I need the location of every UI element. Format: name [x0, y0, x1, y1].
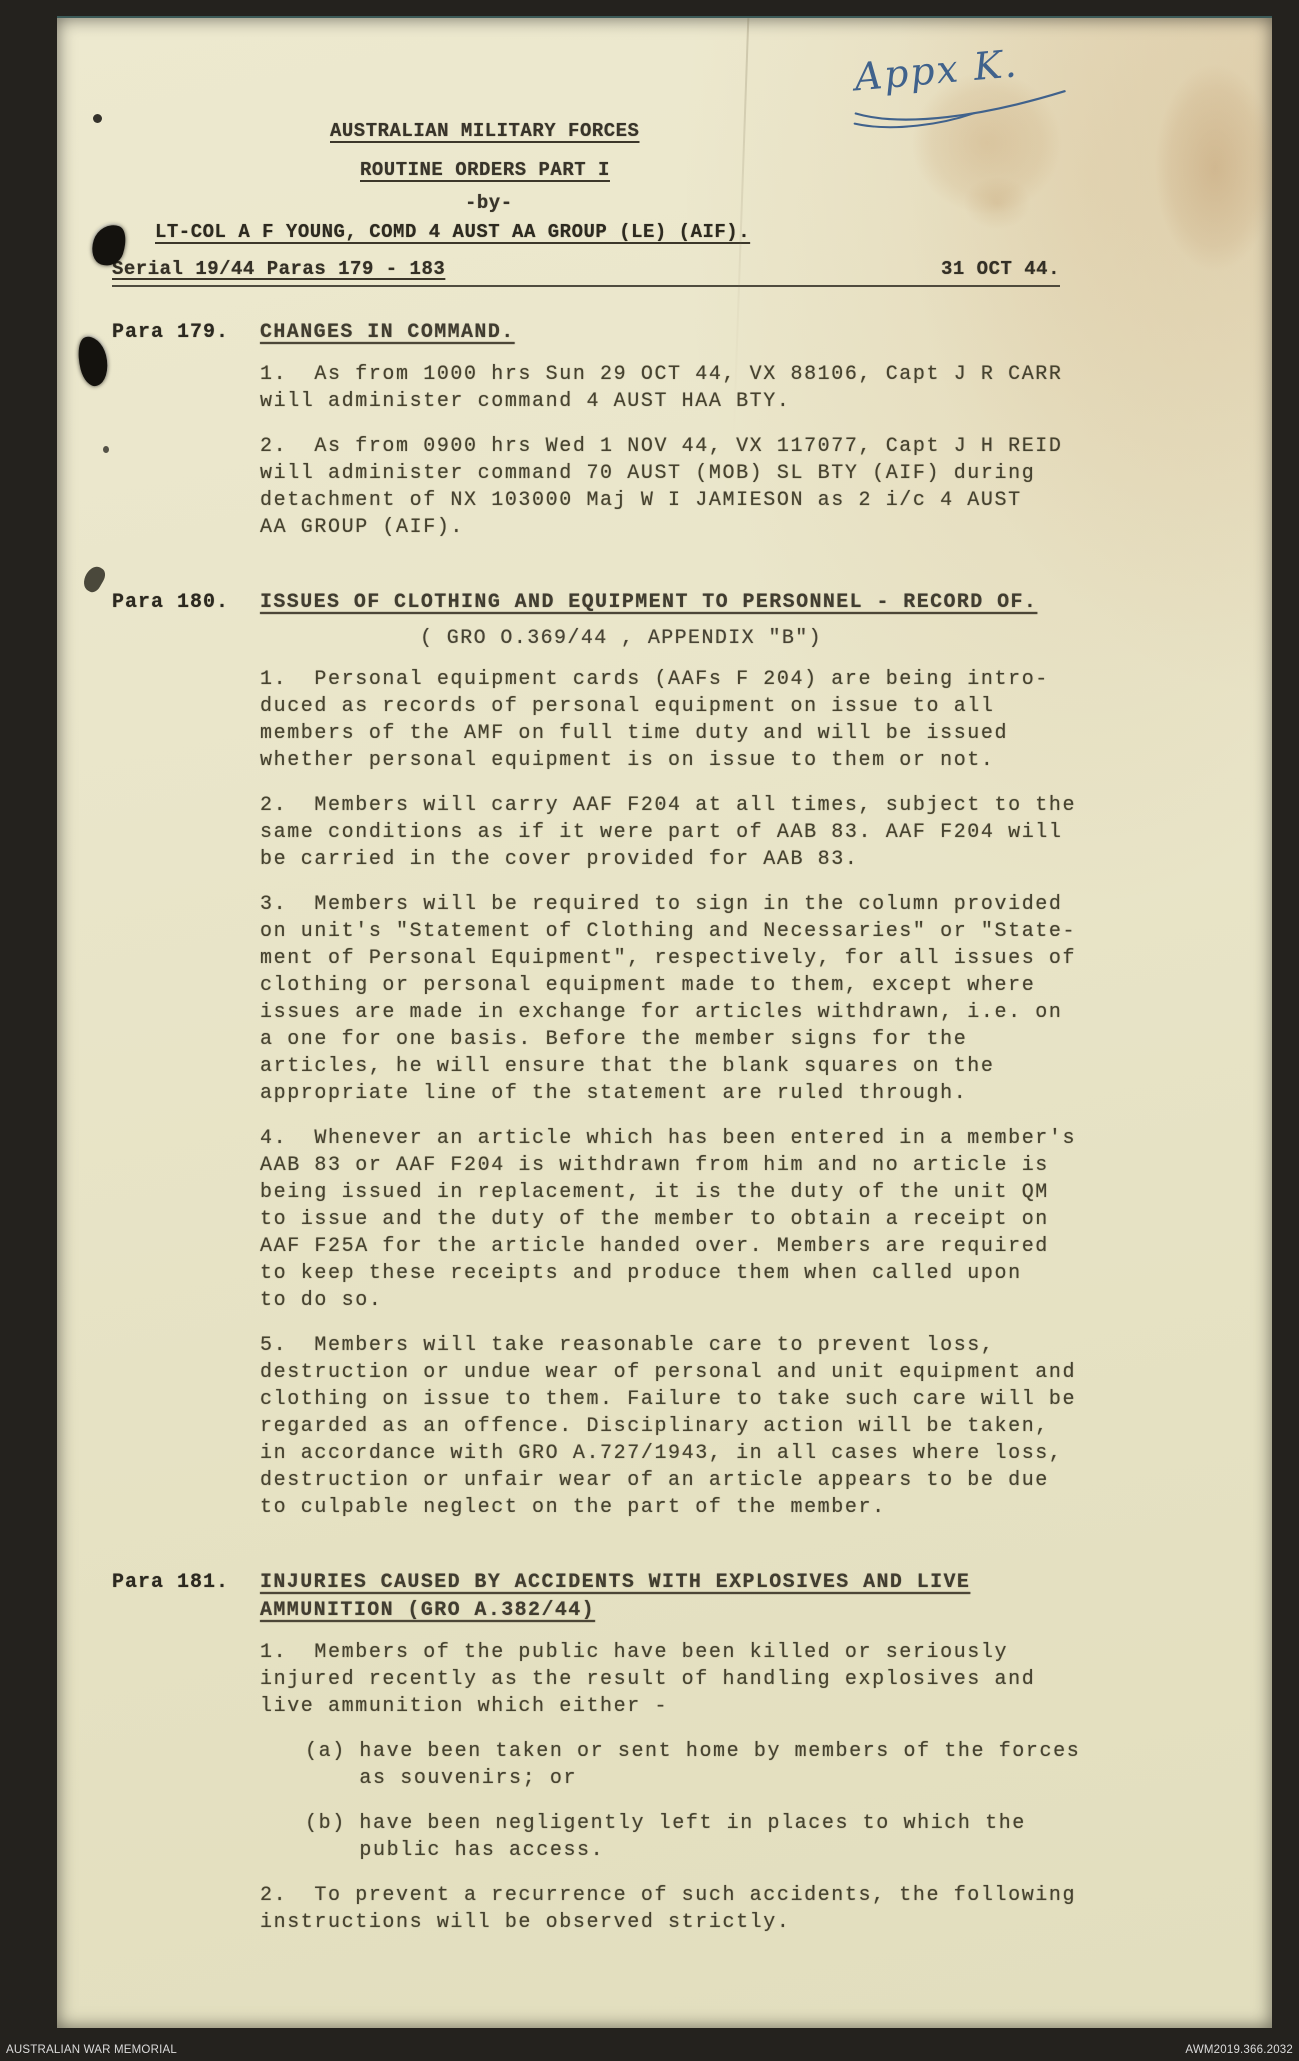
paper-hole [93, 114, 102, 123]
paragraph-number: Para 180. [112, 589, 260, 1539]
issue-date: 31 OCT 44. [941, 256, 1060, 282]
order-paragraph-item: 2. As from 0900 hrs Wed 1 NOV 44, VX 117… [260, 433, 1104, 541]
order-paragraph-item: 1. As from 1000 hrs Sun 29 OCT 44, VX 88… [260, 361, 1104, 415]
order-paragraph-item: 2. Members will carry AAF F204 at all ti… [260, 792, 1104, 873]
order-paragraph-item: 2. To prevent a recurrence of such accid… [260, 1882, 1104, 1936]
order-paragraph-item: 5. Members will take reasonable care to … [260, 1332, 1104, 1521]
paragraph-body: ISSUES OF CLOTHING AND EQUIPMENT TO PERS… [260, 589, 1104, 1539]
order-paragraph-item: 1. Members of the public have been kille… [260, 1639, 1104, 1720]
issuing-officer: LT-COL A F YOUNG, COMD 4 AUST AA GROUP (… [155, 219, 750, 246]
paragraphs: Para 179. CHANGES IN COMMAND. 1. As from… [57, 319, 1272, 1954]
force-title: AUSTRALIAN MILITARY FORCES [330, 118, 639, 145]
serial-row: Serial 19/44 Paras 179 - 183 31 OCT 44. [112, 256, 1060, 287]
paragraph-items: 1. Members of the public have been kille… [260, 1639, 1104, 1936]
paragraph-items: 1. As from 1000 hrs Sun 29 OCT 44, VX 88… [260, 361, 1104, 541]
paragraph-items: 1. Personal equipment cards (AAFs F 204)… [260, 666, 1104, 1521]
document-page: Appx K. AUSTRALIAN MILITARY FORCES ROUTI… [57, 16, 1272, 2028]
order-paragraph-item: 1. Personal equipment cards (AAFs F 204)… [260, 666, 1104, 774]
archive-name: AUSTRALIAN WAR MEMORIAL [6, 2044, 177, 2056]
paragraph-title: ISSUES OF CLOTHING AND EQUIPMENT TO PERS… [260, 589, 1104, 617]
paragraph-body: CHANGES IN COMMAND. 1. As from 1000 hrs … [260, 319, 1104, 559]
paper-hole [103, 446, 109, 453]
paragraph-number: Para 181. [112, 1569, 260, 1954]
byline: -by- [465, 190, 513, 217]
order-paragraph-item: (a) have been taken or sent home by memb… [260, 1738, 1104, 1792]
order-paragraph-item: 3. Members will be required to sign in t… [260, 891, 1104, 1107]
serial-number: Serial 19/44 Paras 179 - 183 [112, 256, 445, 282]
paragraph-subtitle: ( GRO O.369/44 , APPENDIX "B") [420, 625, 1104, 652]
paragraph-body: INJURIES CAUSED BY ACCIDENTS WITH EXPLOS… [260, 1569, 1104, 1954]
order-paragraph-item: (b) have been negligently left in places… [260, 1810, 1104, 1864]
paragraph-title: INJURIES CAUSED BY ACCIDENTS WITH EXPLOS… [260, 1569, 1104, 1625]
paragraph-title: CHANGES IN COMMAND. [260, 319, 1104, 347]
archive-reference: AWM2019.366.2032 [1185, 2044, 1293, 2056]
order-paragraph: Para 181. INJURIES CAUSED BY ACCIDENTS W… [112, 1569, 1104, 1954]
archive-footer: AUSTRALIAN WAR MEMORIAL AWM2019.366.2032 [6, 2044, 1293, 2056]
order-paragraph: Para 179. CHANGES IN COMMAND. 1. As from… [112, 319, 1104, 559]
order-paragraph-item: 4. Whenever an article which has been en… [260, 1125, 1104, 1314]
order-paragraph: Para 180. ISSUES OF CLOTHING AND EQUIPME… [112, 589, 1104, 1539]
document-title: ROUTINE ORDERS PART I [360, 157, 610, 184]
paragraph-number: Para 179. [112, 319, 260, 559]
handwritten-appendix-label: Appx K. [853, 33, 1122, 165]
